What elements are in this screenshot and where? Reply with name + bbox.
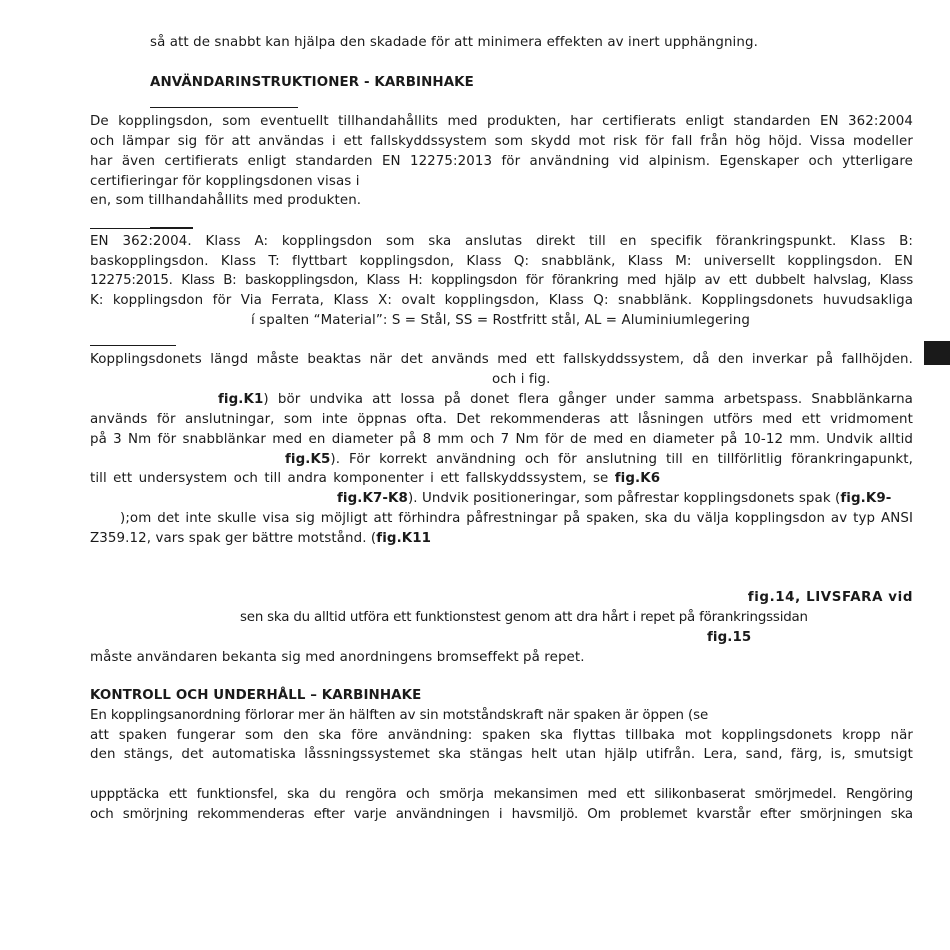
para4-line4: måste användaren bekanta sig med anordni… [90,648,585,667]
heading-underline [150,107,298,108]
para3-line8-text: ). Undvik positioneringar, som påfrestar… [408,491,840,506]
para1-line3: har även certifierats enligt standarden … [90,152,913,171]
fig-ref-k9: fig.K9- [840,491,891,506]
para2-line4: K: kopplingsdon för Via Ferrata, Klass X… [90,291,913,310]
para3-line8: fig.K7-K8). Undvik positioneringar, som … [337,489,891,508]
para4-line2: sen ska du alltid utföra ett funktionste… [240,608,808,627]
para2-line5: í spalten “Material”: S = Stål, SS = Ros… [251,311,750,330]
fig-ref-14: fig.14 [748,590,795,605]
para3-line2: och i fig. [492,370,550,389]
para3-line3: fig.K1) bör undvika att lossa på donet f… [218,390,913,409]
separator: , [795,590,806,605]
intro-line: så att de snabbt kan hjälpa den skadade … [150,33,758,52]
para1-line2: och lämpar sig för att användas i ett fa… [90,132,913,151]
para3-line4: används för anslutningar, som inte öppna… [90,410,913,429]
para1-line1: De kopplingsdon, som eventuellt tillhand… [90,112,913,131]
section-heading-inspection-maintenance: KONTROLL OCH UNDERHÅLL – KARBINHAKE [90,686,421,705]
divider-rule-2 [90,345,176,346]
para2-line1: EN 362:2004. Klass A: kopplingsdon som s… [90,232,913,251]
para3-line7: till ett undersystem och till andra komp… [90,469,660,488]
para3-line7-text: till ett undersystem och till andra komp… [90,471,615,486]
fig-ref-15: fig.15 [707,628,751,647]
fig-ref-k5: fig.K5 [285,452,330,467]
section-tab-marker [924,341,950,365]
section2-line3: den stängs, det automatiska låssningssys… [90,745,913,764]
section2-line1: En kopplingsanordning förlorar mer än hä… [90,706,708,725]
section2-line4: uppptäcka ett funktionsfel, ska du rengö… [90,785,913,804]
section2-line5: och smörjning rekommenderas efter varje … [90,805,913,824]
para2-line3: 12275:2015. Klass B: baskopplingsdon, Kl… [90,271,913,290]
para2-line2: baskopplingsdon. Klass T: flyttbart kopp… [90,252,913,271]
para3-line10: Z359.12, vars spak ger bättre motstånd. … [90,529,431,548]
para3-line10-text: Z359.12, vars spak ger bättre motstånd. … [90,531,376,546]
para3-line5: på 3 Nm för snabblänkar med en diameter … [90,430,913,449]
para3-line6-text: ). För korrekt användning och för anslut… [330,452,913,467]
para1-line5: en, som tillhandahållits med produkten. [90,191,361,210]
warning-text: LIVSFARA vid [806,590,913,605]
para1-line4: certifieringar för kopplingsdonen visas … [90,172,360,191]
para3-line6: fig.K5). För korrekt användning och för … [285,450,913,469]
section-heading-user-instructions: ANVÄNDARINSTRUKTIONER - KARBINHAKE [150,73,474,92]
para3-line1: Kopplingsdonets längd måste beaktas när … [90,350,913,369]
para3-line9: );om det inte skulle visa sig möjligt at… [120,509,913,528]
fig-ref-k7-k8: fig.K7-K8 [337,491,408,506]
fig-ref-k11: fig.K11 [376,531,431,546]
section2-line2: att spaken fungerar som den ska före anv… [90,726,913,745]
fig-ref-k1: fig.K1 [218,392,263,407]
divider-rule-accent [150,227,193,229]
para3-line3-text: ) bör undvika att lossa på donet flera g… [263,392,913,407]
para4-line1: fig.14, LIVSFARA vid [748,588,913,607]
fig-ref-k6: fig.K6 [615,471,660,486]
